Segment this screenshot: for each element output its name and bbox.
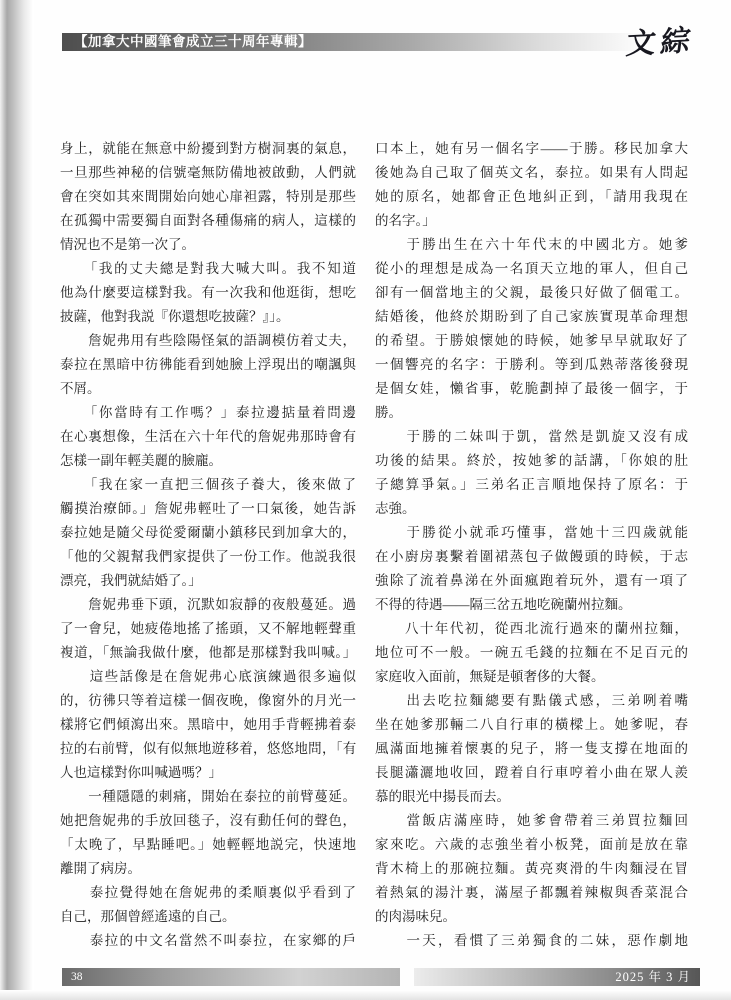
text-line: 口本上，她有另一個名字——于勝。移民加拿大 (375, 137, 688, 161)
text-line: 「你當時有工作嗎？」泰拉邊掂量着問邊 (60, 401, 356, 425)
article-column-right: 口本上，她有另一個名字——于勝。移民加拿大後她為自己取了個英文名，泰拉。如果有人… (375, 137, 688, 953)
text-line: 「太晚了，早點睡吧。」她輕輕地説完，快速地 (60, 833, 356, 857)
text-line: 在小廚房裏繫着圍裙蒸包子做饅頭的時候，于志 (375, 545, 688, 569)
magazine-logo: 文綜 (624, 18, 698, 63)
text-line: 詹妮弗用有些陰陽怪氣的語調模仿着丈夫， (60, 329, 356, 353)
text-line: 樣將它們傾瀉出來。黑暗中，她用手背輕拂着泰 (60, 713, 356, 737)
text-line: 一天，看慣了三弟獨食的二妹，惡作劇地 (375, 929, 688, 953)
page-left-scan-shadow (0, 0, 34, 1000)
text-line: 泰拉的中文名當然不叫泰拉，在家鄉的戶 (60, 929, 356, 953)
text-line: 坐在她爹那輛二八自行車的橫樑上。她爹呢，春 (375, 713, 688, 737)
page-number: 38 (62, 968, 83, 986)
text-line: 子總算爭氣。」三弟名正言順地保持了原名：于 (375, 473, 688, 497)
text-line: 「我在家一直把三個孩子養大，後來做了 (60, 473, 356, 497)
text-line: 風滿面地擁着懷裏的兒子，將一隻支撐在地面的 (375, 737, 688, 761)
text-line: 詹妮弗垂下頭，沉默如寂靜的夜般蔓延。過 (60, 593, 356, 617)
text-line: 長腿瀟灑地收回，蹬着自行車哼着小曲在眾人羨 (375, 761, 688, 785)
text-line: 泰拉在黑暗中彷彿能看到她臉上浮現出的嘲諷與 (60, 353, 356, 377)
text-line: 八十年代初，從西北流行過來的蘭州拉麵， (375, 617, 688, 641)
text-line: 從小的理想是成為一名頂天立地的軍人，但自己 (375, 257, 688, 281)
text-line: 志強。 (375, 497, 688, 521)
footer-page-number-bar: 38 (62, 968, 400, 986)
text-line: 于勝從小就乖巧懂事，當她十三四歲就能 (375, 521, 688, 545)
text-line: 離開了病房。 (60, 857, 356, 881)
text-line: 一種隱隱的刺痛，開始在泰拉的前臂蔓延。 (60, 785, 356, 809)
text-line: 在心裏想像，生活在六十年代的詹妮弗那時會有 (60, 425, 356, 449)
text-line: 複道，「無論我做什麼，他都是那樣對我叫喊。」 (60, 641, 356, 665)
text-line: 怎樣一副年輕美麗的臉龐。 (60, 449, 356, 473)
text-line: 出去吃拉麵總要有點儀式感，三弟咧着嘴 (375, 689, 688, 713)
text-line: 的，彷彿只等着這樣一個夜晚，像窗外的月光一 (60, 689, 356, 713)
text-line: 人也這樣對你叫喊過嗎？」 (60, 761, 356, 785)
section-header-bar: 【加拿大中國筆會成立三十周年專輯】 (62, 33, 648, 51)
text-line: 于勝的二妹叫于凱，當然是凱旋又沒有成 (375, 425, 688, 449)
text-line: 不屑。 (60, 377, 356, 401)
issue-date: 2025 年 3 月 (615, 968, 700, 986)
text-line: 慕的眼光中揚長而去。 (375, 785, 688, 809)
text-line: 披薩，他對我説『你還想吃披薩？』」。 (60, 305, 356, 329)
text-line: 地位可不一般。一碗五毛錢的拉麵在不足百元的 (375, 641, 688, 665)
text-line: 自己，那個曾經遙遠的自己。 (60, 905, 356, 929)
text-line: 「我的丈夫總是對我大喊大叫。我不知道 (60, 257, 356, 281)
text-line: 背木椅上的那碗拉麵。黃亮爽滑的牛肉麵浸在冒 (375, 857, 688, 881)
footer-issue-date-bar: 2025 年 3 月 (414, 968, 700, 986)
text-line: 她把詹妮弗的手放回毯子，沒有動任何的聲色， (60, 809, 356, 833)
article-column-left: 身上，就能在無意中紛擾到對方樹洞裏的氣息，一旦那些神秘的信號毫無防備地被啟動，人… (60, 137, 356, 953)
text-line: 在孤獨中需要獨自面對各種傷痛的病人，這樣的 (60, 209, 356, 233)
text-line: 家來吃。六歲的志強坐着小板凳，面前是放在靠 (375, 833, 688, 857)
text-line: 了一會兒，她疲倦地搖了搖頭，又不解地輕聲重 (60, 617, 356, 641)
text-line: 當飯店滿座時，她爹會帶着三弟買拉麵回 (375, 809, 688, 833)
text-line: 後她為自己取了個英文名，泰拉。如果有人問起 (375, 161, 688, 185)
text-line: 着熱氣的湯汁裏，滿屋子都飄着辣椒與香菜混合 (375, 881, 688, 905)
text-line: 功後的結果。終於，按她爹的話講，「你娘的肚 (375, 449, 688, 473)
text-line: 情況也不是第一次了。 (60, 233, 356, 257)
text-line: 不得的待遇——隔三岔五地吃碗蘭州拉麵。 (375, 593, 688, 617)
text-line: 會在突如其來間開始向她心扉袒露，特別是那些 (60, 185, 356, 209)
text-line: 他為什麼要這樣對我。有一次我和他逛街，想吃 (60, 281, 356, 305)
text-line: 的希望。于勝娘懷她的時候，她爹早早就取好了 (375, 329, 688, 353)
text-line: 的名字。」 (375, 209, 688, 233)
text-line: 「他的父親幫我們家提供了一份工作。他説我很 (60, 545, 356, 569)
text-line: 觸摸治療師。」詹妮弗輕吐了一口氣後，她告訴 (60, 497, 356, 521)
text-line: 漂亮，我們就結婚了。」 (60, 569, 356, 593)
text-line: 她的原名，她都會正色地糾正到，「請用我現在 (375, 185, 688, 209)
section-title: 【加拿大中國筆會成立三十周年專輯】 (62, 33, 312, 51)
text-line: 一旦那些神秘的信號毫無防備地被啟動，人們就 (60, 161, 356, 185)
text-line: 泰拉覺得她在詹妮弗的柔順裏似乎看到了 (60, 881, 356, 905)
page-bottom-scan-shadow (0, 990, 731, 1000)
text-line: 強除了流着鼻涕在外面瘋跑着玩外，還有一項了 (375, 569, 688, 593)
text-line: 家庭收入面前，無疑是頓奢侈的大餐。 (375, 665, 688, 689)
text-line: 勝。 (375, 401, 688, 425)
text-line: 的肉湯味兒。 (375, 905, 688, 929)
text-line: 這些話像是在詹妮弗心底演練過很多遍似 (60, 665, 356, 689)
text-line: 結婚後，他終於期盼到了自己家族實現革命理想 (375, 305, 688, 329)
text-line: 是個女娃，懶省事，乾脆劃掉了最後一個字，于 (375, 377, 688, 401)
text-line: 泰拉她是隨父母從愛爾蘭小鎮移民到加拿大的， (60, 521, 356, 545)
text-line: 于勝出生在六十年代末的中國北方。她爹 (375, 233, 688, 257)
text-line: 拉的右前臂，似有似無地遊移着，悠悠地問，「有 (60, 737, 356, 761)
text-line: 一個響亮的名字：于勝利。等到瓜熟蒂落後發現 (375, 353, 688, 377)
text-line: 身上，就能在無意中紛擾到對方樹洞裏的氣息， (60, 137, 356, 161)
magazine-page: 【加拿大中國筆會成立三十周年專輯】 文綜 身上，就能在無意中紛擾到對方樹洞裏的氣… (0, 0, 731, 1000)
text-line: 卻有一個當地主的父親，最後只好做了個電工。 (375, 281, 688, 305)
